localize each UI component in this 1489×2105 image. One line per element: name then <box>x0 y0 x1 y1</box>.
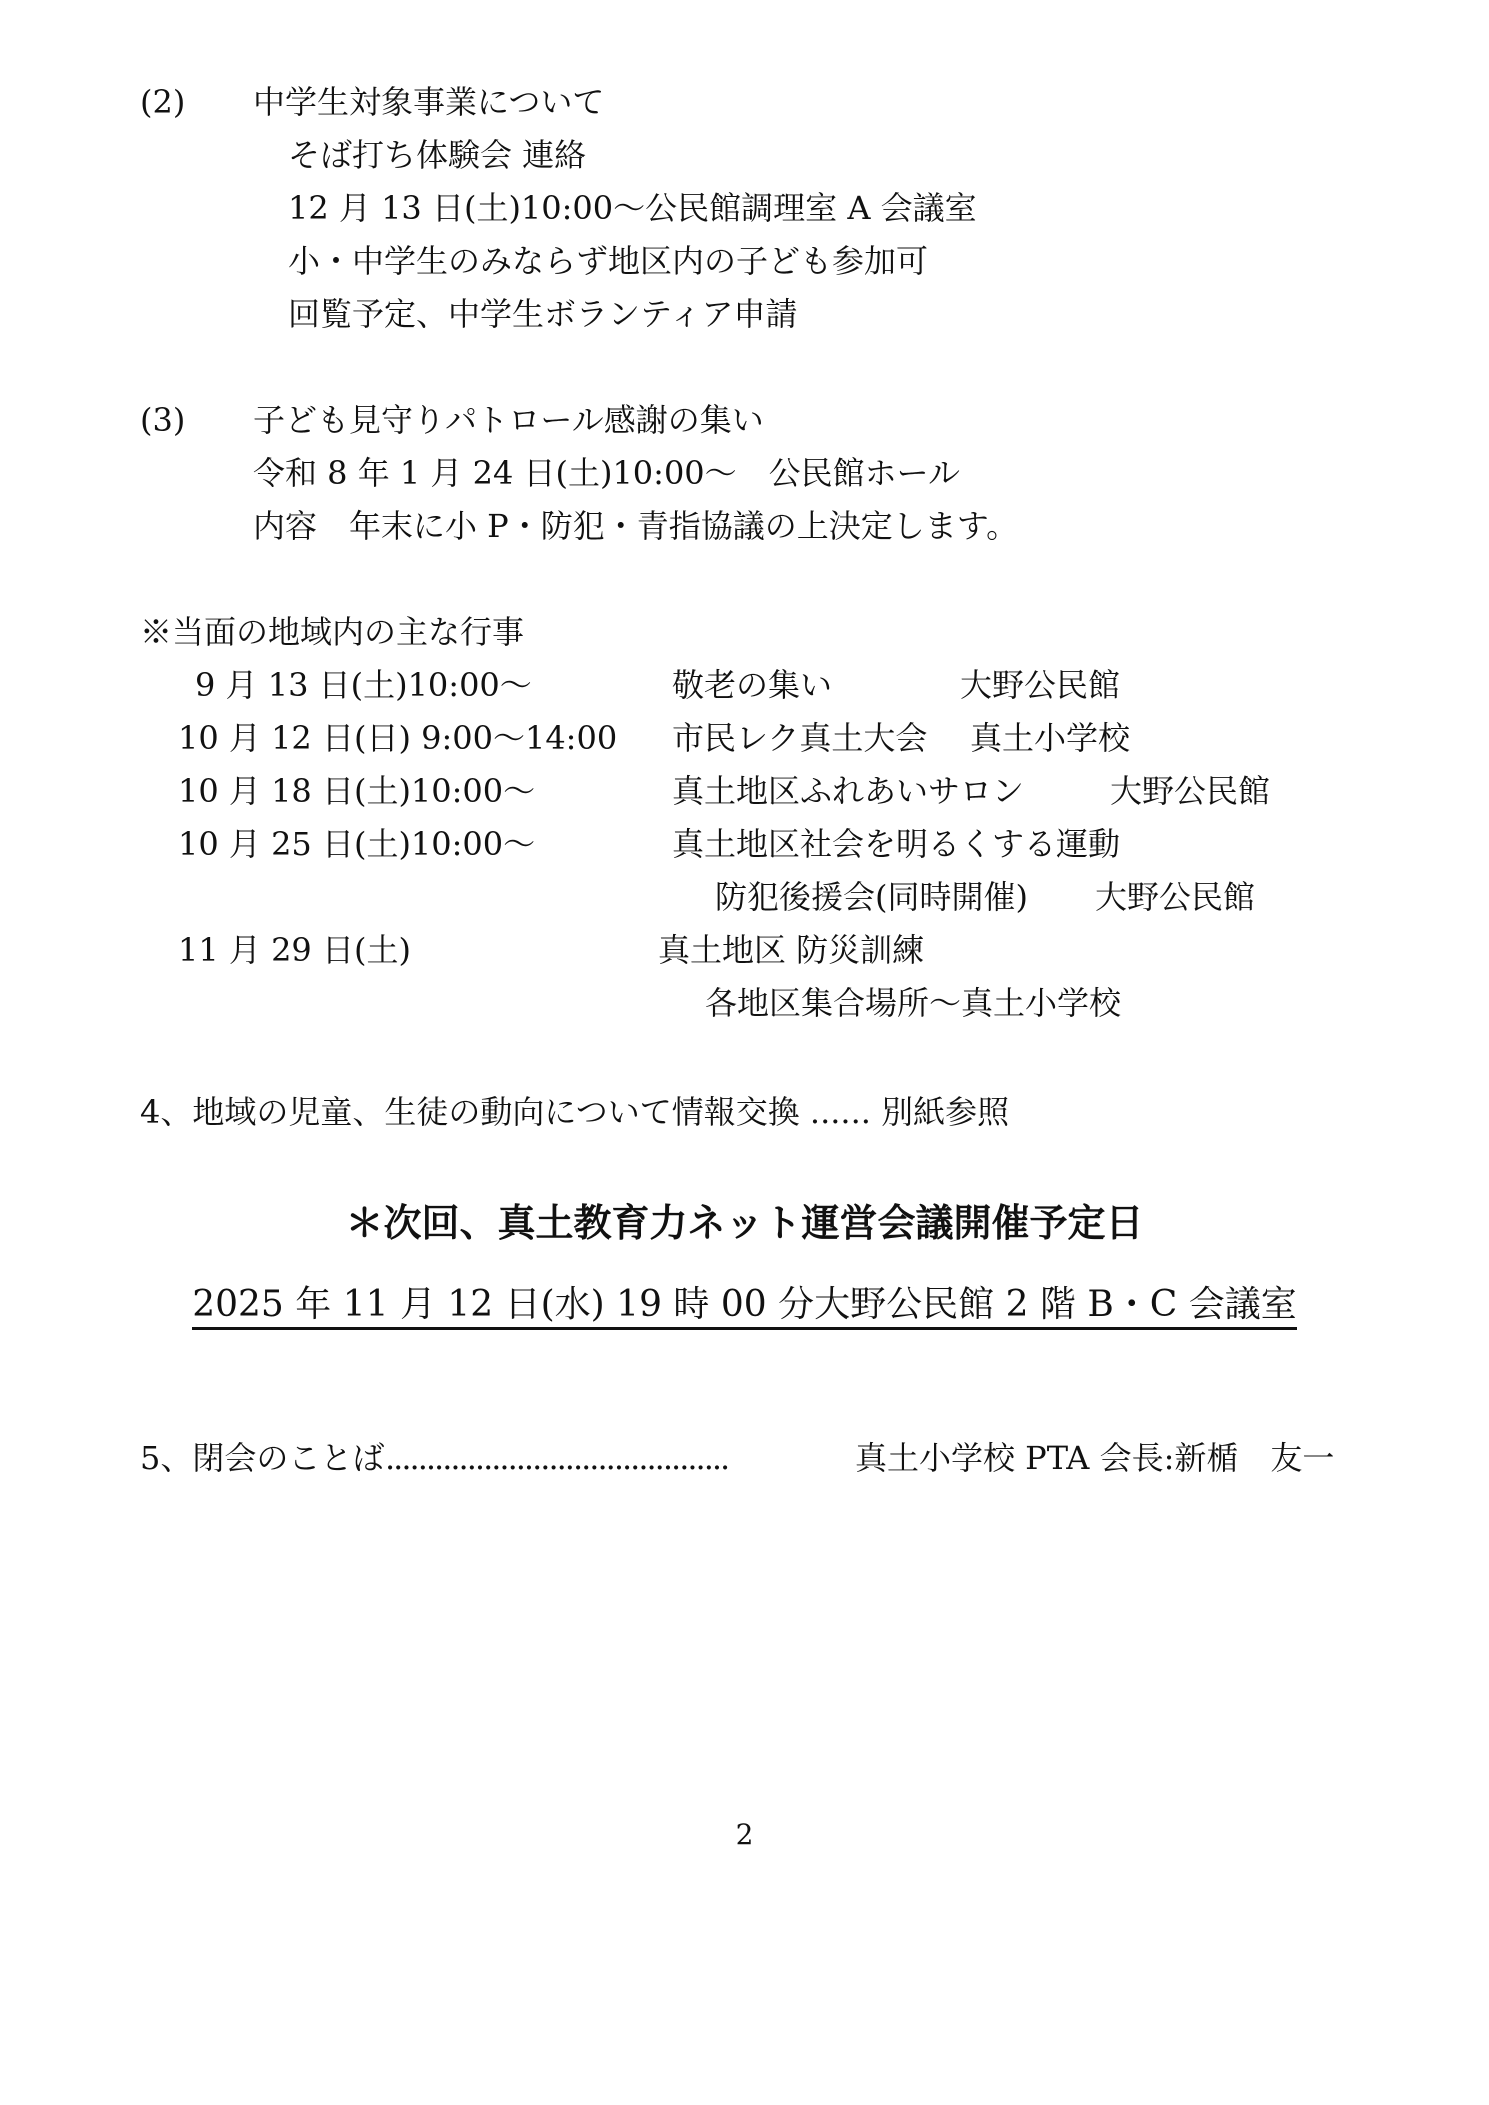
section-2-line: 回覧予定、中学生ボランティア申請 <box>288 294 797 334</box>
event-name: 市民レク真土大会 <box>672 718 927 758</box>
section-3-line: 内容 年末に小 P・防犯・青指協議の上決定します。 <box>253 506 1018 546</box>
event-name: 防犯後援会(同時開催) <box>715 877 1028 917</box>
event-place: 真土小学校 <box>970 718 1130 758</box>
event-date: 10 月 25 日(土)10:00～ <box>178 824 535 864</box>
event-place: 大野公民館 <box>960 665 1120 705</box>
section-3-line: 令和 8 年 1 月 24 日(土)10:00～ 公民館ホール <box>253 453 960 493</box>
page-number: 2 <box>0 1818 1489 1851</box>
section-3-heading: 子ども見守りパトロール感謝の集い <box>253 400 764 440</box>
section-2-number: (2) <box>140 82 185 122</box>
event-place: 大野公民館 <box>1110 771 1270 811</box>
event-date: 10 月 18 日(土)10:00～ <box>178 771 535 811</box>
events-heading: ※当面の地域内の主な行事 <box>140 612 524 652</box>
event-date: 10 月 12 日(日) 9:00～14:00 <box>178 718 617 758</box>
next-meeting-title: ＊次回、真土教育力ネット運営会議開催予定日 <box>0 1200 1489 1246</box>
section-2-line: 12 月 13 日(土)10:00～公民館調理室 A 会議室 <box>288 188 977 228</box>
event-name: 真土地区 防災訓練 <box>658 930 924 970</box>
item-5-speaker: 真土小学校 PTA 会長:新楯 友一 <box>855 1438 1334 1478</box>
event-date: 9 月 13 日(土)10:00～ <box>195 665 532 705</box>
next-meeting-datetime-text: 2025 年 11 月 12 日(水) 19 時 00 分大野公民館 2 階 B… <box>192 1284 1297 1330</box>
event-name: 真土地区社会を明るくする運動 <box>672 824 1120 864</box>
item-4: 4、地域の児童、生徒の動向について情報交換 ...... 別紙参照 <box>140 1092 1009 1132</box>
event-place: 大野公民館 <box>1095 877 1255 917</box>
section-2-line: 小・中学生のみならず地区内の子ども参加可 <box>288 241 928 281</box>
item-5-leader: ........................................… <box>385 1438 728 1478</box>
event-name: 敬老の集い <box>672 665 832 705</box>
item-5-label: 5、閉会のことば <box>140 1438 384 1478</box>
event-name: 真土地区ふれあいサロン <box>672 771 1024 811</box>
next-meeting-datetime: 2025 年 11 月 12 日(水) 19 時 00 分大野公民館 2 階 B… <box>0 1282 1489 1328</box>
event-date: 11 月 29 日(土) <box>178 930 411 970</box>
section-2-line: そば打ち体験会 連絡 <box>288 135 586 175</box>
section-2-heading: 中学生対象事業について <box>253 82 604 122</box>
event-name: 各地区集合場所～真土小学校 <box>705 983 1121 1023</box>
section-3-number: (3) <box>140 400 185 440</box>
